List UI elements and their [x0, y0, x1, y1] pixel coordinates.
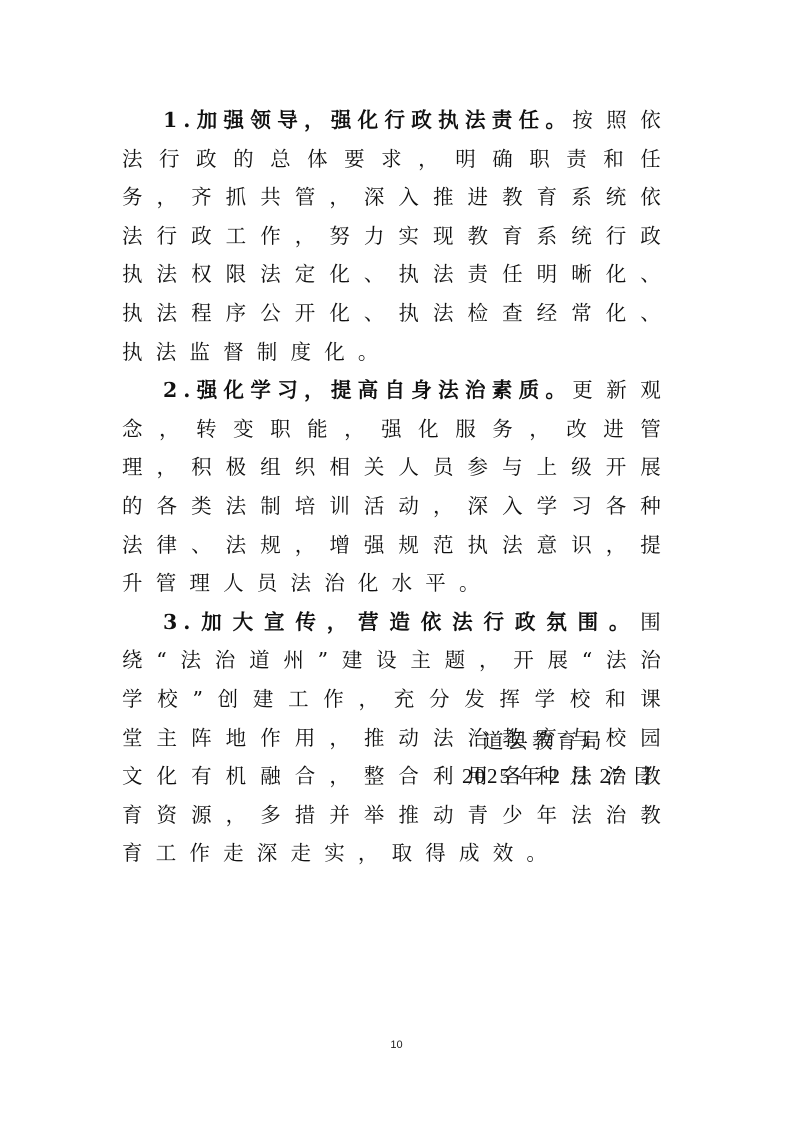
- paragraph-1-text: 按照依法行政的总体要求，明确职责和任务，齐抓共管，深入推进教育系统依法行政工作，…: [122, 108, 674, 364]
- signature-organization: 道县教育局: [483, 724, 793, 754]
- paragraph-1: 1.加强领导，强化行政执法责任。按照依法行政的总体要求，明确职责和任务，齐抓共管…: [122, 101, 674, 371]
- document-page: 1.加强领导，强化行政执法责任。按照依法行政的总体要求，明确职责和任务，齐抓共管…: [0, 0, 793, 1122]
- paragraph-1-heading: 1.加强领导，强化行政执法责任。: [163, 108, 572, 132]
- paragraph-2-text: 更新观念，转变职能，强化服务，改进管理，积极组织相关人员参与上级开展的各类法制培…: [122, 378, 674, 595]
- page-number: 10: [0, 1039, 793, 1051]
- paragraph-2: 2.强化学习，提高自身法治素质。更新观念，转变职能，强化服务，改进管理，积极组织…: [122, 371, 674, 603]
- document-body: 1.加强领导，强化行政执法责任。按照依法行政的总体要求，明确职责和任务，齐抓共管…: [122, 101, 674, 873]
- signature-date: 2025 年 2 月 27 日: [462, 760, 793, 790]
- paragraph-2-heading: 2.强化学习，提高自身法治素质。: [163, 378, 572, 402]
- paragraph-3-heading: 3.加大宣传，营造依法行政氛围。: [163, 610, 640, 634]
